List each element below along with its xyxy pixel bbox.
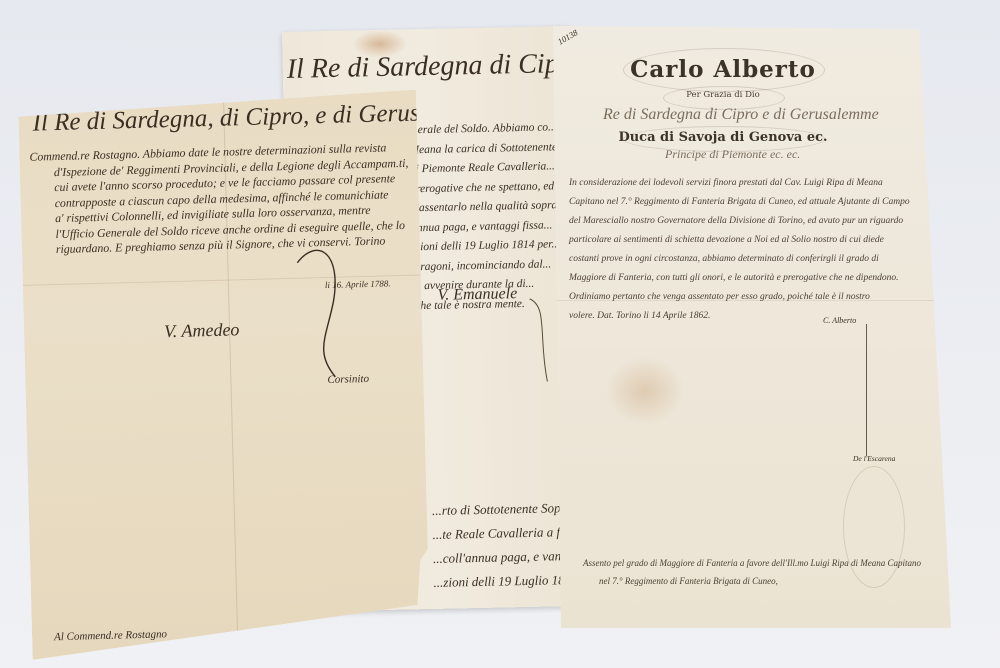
- grace-line: Per Grazia di Dio: [553, 90, 893, 100]
- footer-line: nel 7.° Reggimento di Fanteria Brigata d…: [583, 572, 921, 590]
- body-line: Capitano nel 7.° Reggimento di Fanteria …: [569, 193, 910, 212]
- body-line: In considerazione dei lodevoli servizi f…: [569, 174, 910, 193]
- signature-line: [866, 324, 867, 456]
- document-body: Commend.re Rostagno. Abbiamo date le nos…: [29, 140, 410, 258]
- signature-flourish: [292, 241, 356, 383]
- countersignature: Corsinito: [327, 373, 369, 386]
- body-line: volere. Dat. Torino li 14 Aprile 1862.: [569, 307, 910, 326]
- body-line: costanti prove in ogni circostanza, abbi…: [569, 250, 910, 269]
- body-line: del Maresciallo nostro Governatore della…: [569, 212, 910, 231]
- document-body: In considerazione dei lodevoli servizi f…: [569, 174, 910, 326]
- royal-signature: V. Emanuele: [437, 285, 517, 305]
- body-line: Ordiniamo pertanto che venga assentato p…: [569, 288, 910, 307]
- document-lower-text: ...rto di Sottotenente Sopr... ...te Rea…: [432, 496, 582, 595]
- body-line: ...zioni delli 19 Luglio 1814.: [433, 568, 581, 595]
- document-footer: Assento pel grado di Maggiore di Fanteri…: [583, 554, 921, 590]
- body-line: Maggiore di Fanteria, con tutti gli onor…: [569, 269, 910, 288]
- inventory-number: 10138: [556, 27, 579, 46]
- royal-signature: C. Alberto: [823, 316, 856, 325]
- body-line: ...coll'annua paga, e vanta...: [433, 544, 581, 571]
- photo-scene: Il Re di Sardegna di Cipro e di ...erale…: [0, 0, 1000, 668]
- sovereign-name: Carlo Alberto: [553, 56, 893, 83]
- countersignature: De l'Escarena: [853, 454, 895, 463]
- body-line: particolare ai sentimenti di schietta de…: [569, 231, 910, 250]
- body-line: d'assentarlo nella qualità sopra...: [411, 196, 578, 219]
- addressee: Al Commend.re Rostagno: [54, 628, 167, 643]
- foxing-stain: [605, 356, 685, 426]
- document-vittorio-amedeo: Il Re di Sardegna, di Cipro, e di Gerusa…: [18, 90, 431, 660]
- signature-flourish: [528, 296, 560, 387]
- document-carlo-alberto: 10138 Carlo Alberto Per Grazia di Dio Re…: [553, 26, 951, 628]
- body-line: ...rto di Sottotenente Sopr...: [432, 496, 580, 523]
- prince-line: Principe di Piemonte ec. ec.: [665, 147, 800, 162]
- body-line: ...te Reale Cavalleria a fa...: [432, 520, 580, 547]
- kingdom-line: Re di Sardegna di Cipro e di Gerusalemme: [603, 106, 879, 124]
- duke-line: Duca di Savoja di Genova ec.: [553, 130, 893, 145]
- footer-line: Assento pel grado di Maggiore di Fanteri…: [583, 554, 921, 572]
- royal-signature: V. Amedeo: [164, 319, 240, 342]
- body-line: ...ioni delli 19 Luglio 1814 per...: [411, 235, 578, 258]
